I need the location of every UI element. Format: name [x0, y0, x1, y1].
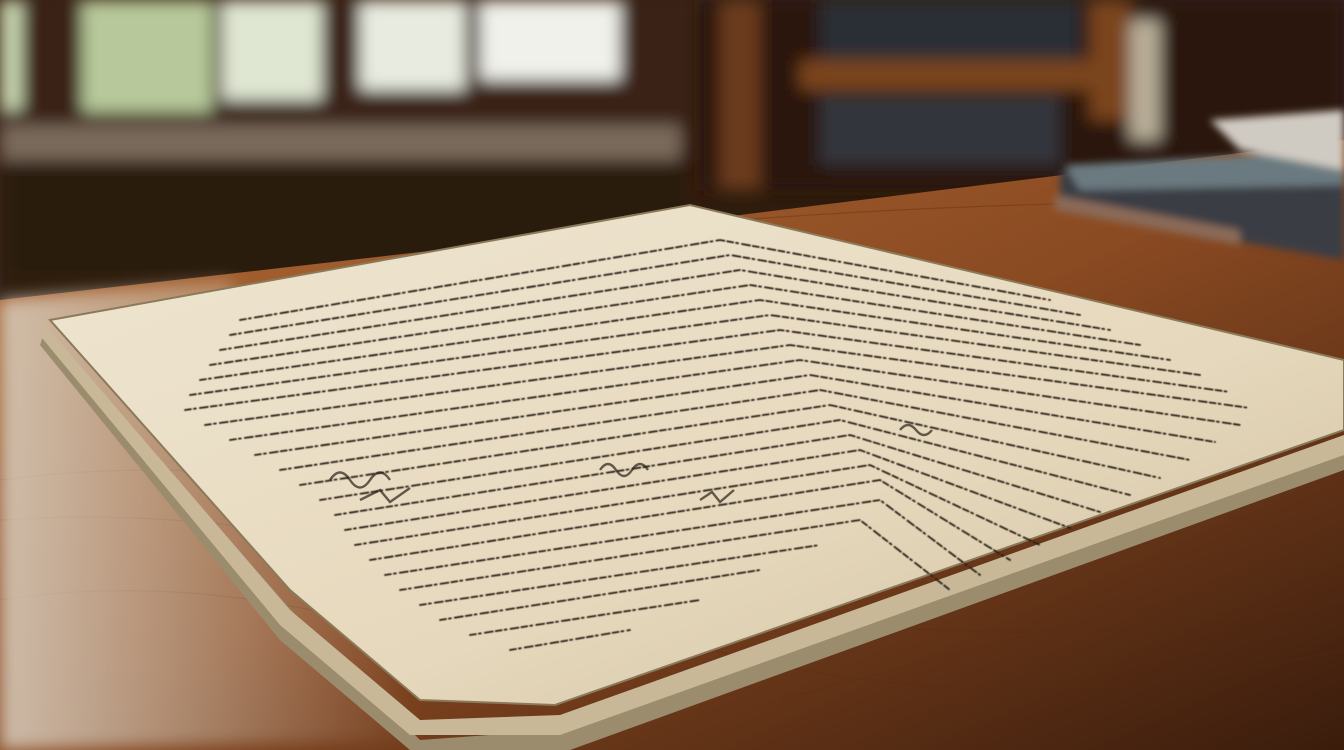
photo-canvas: [0, 0, 1344, 750]
manuscript-photo: [0, 0, 1344, 750]
